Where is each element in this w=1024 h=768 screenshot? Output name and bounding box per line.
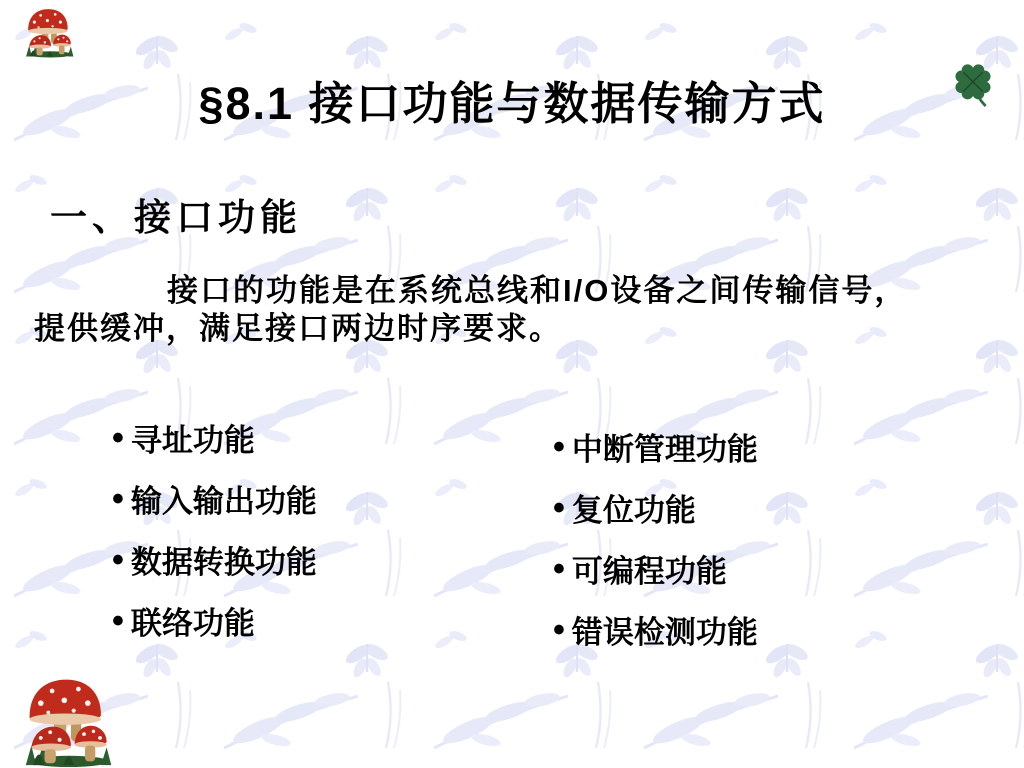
list-item: • 复位功能: [553, 477, 758, 538]
bullet-dot: •: [553, 613, 565, 647]
list-item: • 中断管理功能: [553, 416, 758, 477]
bullet-dot: •: [112, 543, 124, 577]
list-item: • 可编程功能: [553, 538, 758, 599]
bullet-dot: •: [112, 482, 124, 516]
bullet-dot: •: [112, 421, 124, 455]
mushroom-icon: [24, 6, 76, 58]
mushroom-icon: [18, 674, 120, 768]
section-heading: 一、接口功能: [50, 187, 302, 241]
bullet-label: 复位功能: [572, 485, 696, 530]
presentation-slide: §8.1 接口功能与数据传输方式 一、接口功能 接口的功能是在系统总线和I/O设…: [0, 0, 1024, 768]
bullet-label: 可编程功能: [572, 546, 727, 591]
bullet-dot: •: [553, 491, 565, 525]
list-item: • 输入输出功能: [112, 468, 317, 529]
paragraph-line: 接口的功能是在系统总线和I/O设备之间传输信号，: [34, 272, 984, 310]
slide-title: §8.1 接口功能与数据传输方式: [0, 67, 1024, 132]
bullet-label: 输入输出功能: [131, 476, 317, 521]
body-paragraph: 接口的功能是在系统总线和I/O设备之间传输信号， 提供缓冲，满足接口两边时序要求…: [34, 272, 984, 348]
paragraph-line: 提供缓冲，满足接口两边时序要求。: [34, 310, 984, 348]
bullet-dot: •: [553, 552, 565, 586]
bullet-list-left: • 寻址功能 • 输入输出功能 • 数据转换功能 • 联络功能: [112, 407, 317, 651]
list-item: • 寻址功能: [112, 407, 317, 468]
bullet-label: 联络功能: [131, 598, 255, 643]
bullet-list-right: • 中断管理功能 • 复位功能 • 可编程功能 • 错误检测功能: [553, 416, 758, 660]
list-item: • 数据转换功能: [112, 529, 317, 590]
bullet-label: 错误检测功能: [572, 607, 758, 652]
list-item: • 联络功能: [112, 590, 317, 651]
bullet-label: 中断管理功能: [572, 424, 758, 469]
bullet-label: 数据转换功能: [131, 537, 317, 582]
bullet-dot: •: [553, 430, 565, 464]
bullet-dot: •: [112, 604, 124, 638]
bullet-label: 寻址功能: [131, 415, 255, 460]
list-item: • 错误检测功能: [553, 599, 758, 660]
